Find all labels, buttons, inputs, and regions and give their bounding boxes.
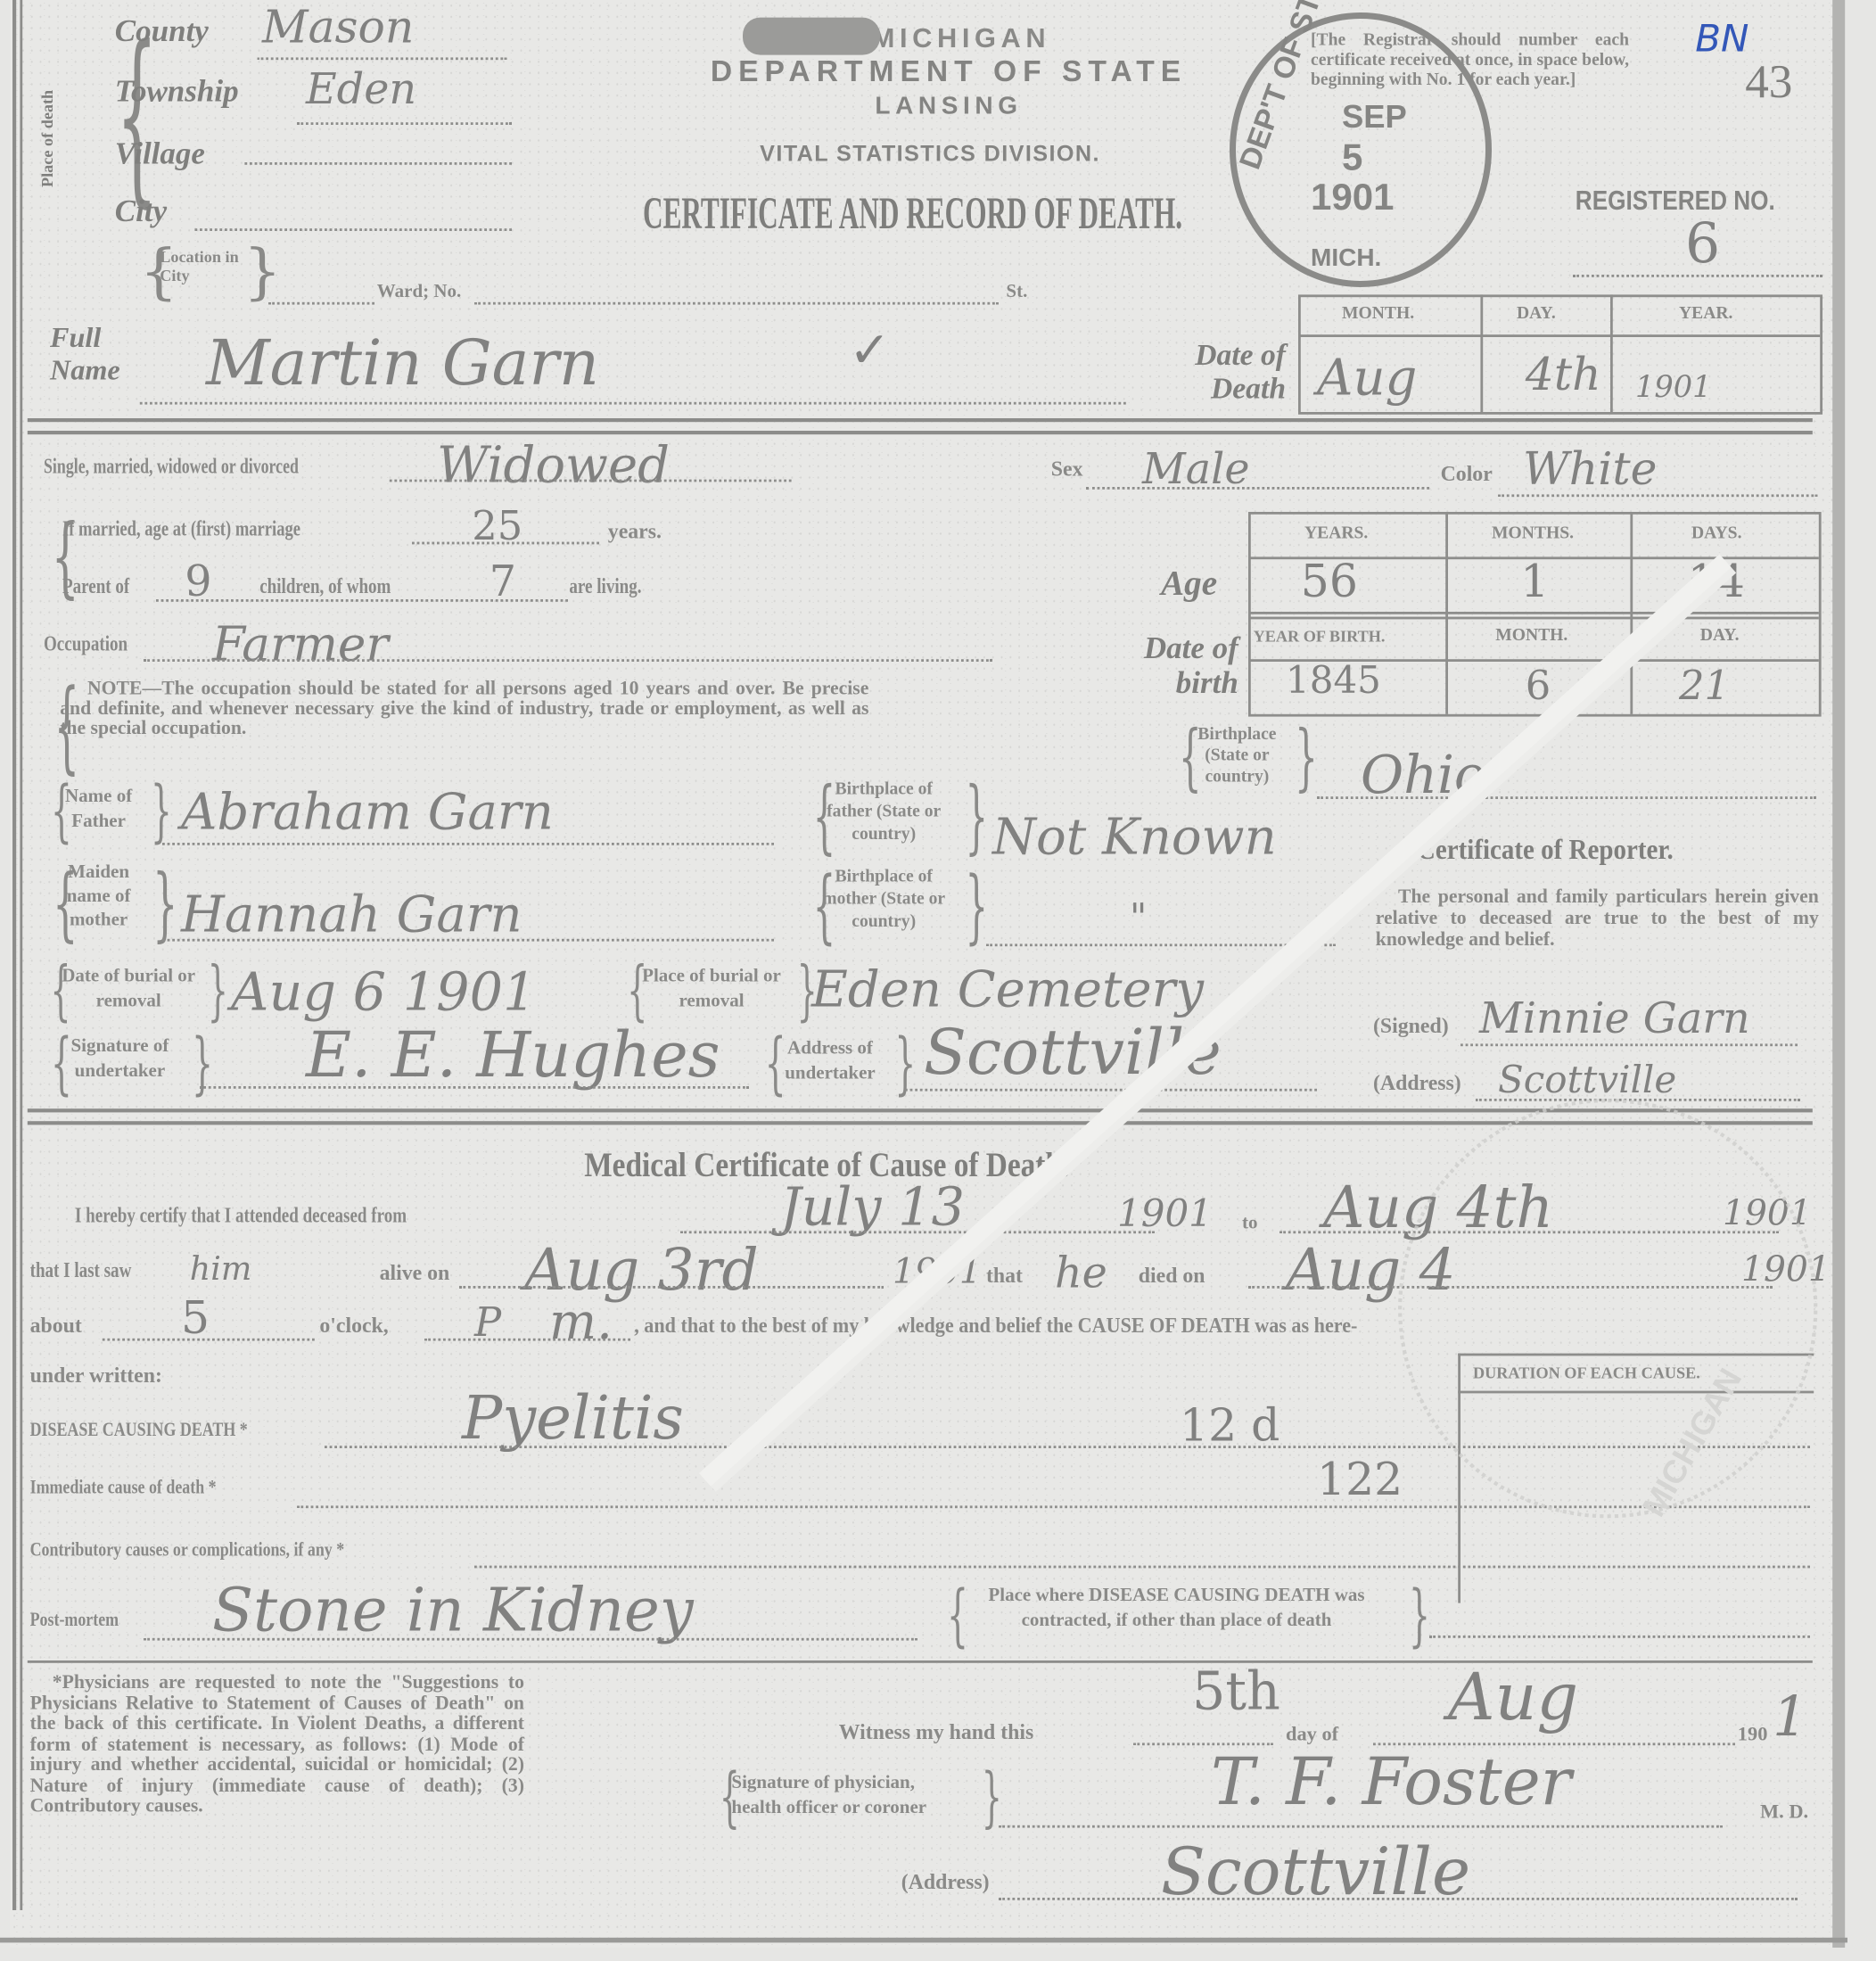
left-border-line-inner xyxy=(20,0,22,1910)
age-years-value: 56 xyxy=(1301,556,1358,607)
place-contracted-line xyxy=(1429,1636,1810,1638)
disease-duration: 12 d xyxy=(1180,1401,1279,1452)
age-at-marriage-line xyxy=(412,542,599,545)
place-of-death-side-label: Place of death xyxy=(37,90,57,187)
undertaker-brace-right: } xyxy=(192,1024,213,1102)
village-label: Village xyxy=(115,137,205,172)
mother-birthplace-value: " xyxy=(1130,896,1147,940)
bn-annotation: BN xyxy=(1695,18,1748,62)
section-double-rule-a xyxy=(28,418,1813,422)
birthplace-label: Birthplace (State or country) xyxy=(1189,724,1286,787)
physician-footnote: *Physicians are requested to note the "S… xyxy=(30,1673,524,1817)
dod-year-value: 1901 xyxy=(1635,369,1712,404)
immediate-duration: 122 xyxy=(1317,1454,1403,1505)
occupation-value: Farmer xyxy=(212,617,389,672)
reporter-signature: Minnie Garn xyxy=(1479,993,1750,1043)
physician-line xyxy=(999,1825,1723,1828)
redaction-smudge xyxy=(743,18,880,55)
date-of-death-label: Date of Death xyxy=(1161,340,1286,408)
contributory-line xyxy=(474,1566,1810,1569)
children-of-whom-label: children, of whom xyxy=(259,580,391,595)
about-label: about xyxy=(30,1318,82,1333)
that-label: that xyxy=(986,1268,1023,1283)
post-mortem-label: Post-mortem xyxy=(30,1613,119,1628)
to-label: to xyxy=(1242,1216,1258,1232)
city-label: City xyxy=(115,194,167,229)
undertaker-address-line xyxy=(905,1089,1317,1092)
father-brace-right: } xyxy=(151,771,172,850)
disease-value: Pyelitis xyxy=(462,1383,684,1453)
marital-line xyxy=(390,480,792,482)
dod-month-value: Aug xyxy=(1317,350,1417,407)
witness-year-suffix: 1 xyxy=(1773,1685,1807,1749)
dod-header-month: MONTH. xyxy=(1342,307,1414,322)
death-certificate-page: Place of death { County Mason Township E… xyxy=(0,0,1876,1961)
occupation-line xyxy=(144,659,992,662)
day-of-label: day of xyxy=(1286,1728,1338,1743)
dob-month-value: 6 xyxy=(1526,662,1551,709)
age-row-rule xyxy=(1248,612,1819,614)
post-mortem-line xyxy=(144,1638,917,1641)
immediate-cause-label: Immediate cause of death * xyxy=(30,1480,217,1495)
reporter-title: Certificate of Reporter. xyxy=(1417,834,1674,866)
full-name-line xyxy=(140,402,1126,405)
dob-year-value: 1845 xyxy=(1286,659,1381,703)
contributory-label: Contributory causes or complications, if… xyxy=(30,1543,345,1558)
birthplace-line xyxy=(1317,796,1816,799)
mother-brace-right: } xyxy=(152,859,178,952)
occupation-note: NOTE—The occupation should be stated for… xyxy=(60,680,868,739)
died-pronoun: he xyxy=(1055,1248,1107,1298)
full-name-label: Full Name xyxy=(50,322,137,387)
alive-on-label: alive on xyxy=(380,1266,450,1281)
under-written-label: under written: xyxy=(30,1368,162,1383)
father-name-value: Abraham Garn xyxy=(181,784,554,841)
dob-day-value: 21 xyxy=(1679,662,1730,709)
hour-value: 5 xyxy=(181,1293,210,1344)
last-saw-label: that I last saw xyxy=(30,1264,132,1279)
undertaker-signature: E. E. Hughes xyxy=(306,1018,720,1091)
stamp-bottom-text: MICH. xyxy=(1311,244,1381,273)
dod-header-year: YEAR. xyxy=(1679,307,1732,322)
mother-birthplace-brace-right: } xyxy=(965,861,988,954)
color-label: Color xyxy=(1441,467,1493,482)
father-birthplace-value: Not Known xyxy=(992,809,1277,866)
township-line xyxy=(297,122,512,125)
stamp-month: SEP xyxy=(1342,97,1407,136)
meridiem-line xyxy=(424,1339,630,1341)
are-living-label: are living. xyxy=(569,580,641,595)
physician-label: Signature of physician, health officer o… xyxy=(731,1770,968,1820)
age-months-value: 1 xyxy=(1520,556,1549,607)
belief-text: , and that to the best of my knowledge a… xyxy=(634,1318,1357,1333)
witness-month: Aug xyxy=(1448,1660,1578,1735)
township-label: Township xyxy=(115,75,239,110)
dob-header-month: MONTH. xyxy=(1495,630,1567,645)
reporter-signed-label: (Signed) xyxy=(1373,1018,1449,1034)
dob-header-year: YEAR OF BIRTH. xyxy=(1254,630,1386,645)
age-row-rule-2 xyxy=(1248,617,1819,620)
attended-from-value: July 13 xyxy=(780,1176,965,1238)
parent-of-label: Parent of xyxy=(62,580,129,595)
dod-divider-1 xyxy=(1480,294,1483,412)
sex-line xyxy=(1086,487,1429,490)
city-line xyxy=(194,228,512,231)
physician-address-label: (Address) xyxy=(901,1875,990,1891)
page-number: 43 xyxy=(1745,55,1792,111)
died-on-label: died on xyxy=(1139,1268,1205,1283)
father-birthplace-label: Birthplace of father (State or country) xyxy=(819,779,949,847)
dod-divider-2 xyxy=(1610,294,1613,412)
reporter-address-label: (Address) xyxy=(1373,1076,1461,1092)
location-line xyxy=(268,302,374,305)
ward-label: Ward; No. xyxy=(377,284,462,300)
lansing-heading: LANSING xyxy=(712,93,1186,121)
full-name-value: Martin Garn xyxy=(206,327,599,400)
post-mortem-value: Stone in Kidney xyxy=(212,1576,694,1645)
right-scan-edge xyxy=(1832,0,1845,1948)
mother-name-value: Hannah Garn xyxy=(181,886,522,943)
street-label: St. xyxy=(1006,284,1027,300)
father-line xyxy=(162,843,774,845)
dob-header-day: DAY. xyxy=(1700,630,1740,645)
marital-status-label: Single, married, widowed or divorced xyxy=(44,459,299,474)
left-border-line xyxy=(12,0,16,1910)
birthplace-brace-right: } xyxy=(1295,714,1318,799)
mother-line xyxy=(162,939,774,942)
burial-date-label: Date of burial or removal xyxy=(60,964,197,1014)
meridiem-suffix: m. xyxy=(549,1293,613,1350)
department-heading: DEPARTMENT OF STATE xyxy=(687,55,1211,90)
last-saw-pronoun: him xyxy=(190,1251,252,1289)
color-value: White xyxy=(1523,444,1657,495)
father-birthplace-brace-right: } xyxy=(965,771,988,864)
attended-from-year: 1901 xyxy=(1117,1192,1213,1236)
county-value: Mason xyxy=(262,3,414,54)
location-brace-right: } xyxy=(243,237,282,307)
registered-no-label: REGISTERED NO. xyxy=(1576,185,1775,217)
reporter-signed-line xyxy=(1460,1043,1798,1046)
county-line xyxy=(257,57,506,60)
physician-brace-right: } xyxy=(982,1760,1002,1835)
age-label: Age xyxy=(1161,564,1217,605)
attended-from-line xyxy=(680,1231,1155,1233)
dod-header-rule xyxy=(1298,334,1820,337)
village-line xyxy=(244,162,512,165)
dod-header-day: DAY. xyxy=(1517,307,1556,322)
occupation-label: Occupation xyxy=(44,637,128,652)
color-line xyxy=(1498,494,1817,497)
md-label: M. D. xyxy=(1760,1805,1808,1820)
location-in-city-label: Location in City xyxy=(160,247,247,284)
township-value: Eden xyxy=(306,65,416,115)
father-name-label: Name of Father xyxy=(60,784,137,834)
attended-from-label: I hereby certify that I attended decease… xyxy=(75,1208,407,1224)
undertaker-label: Signature of undertaker xyxy=(60,1034,179,1083)
burial-date-brace-right: } xyxy=(208,954,228,1029)
children-line xyxy=(156,599,568,602)
years-label: years. xyxy=(608,524,662,540)
sex-label: Sex xyxy=(1051,462,1083,477)
burial-place-value: Eden Cemetery xyxy=(811,961,1204,1018)
embossed-state-seal xyxy=(1398,1099,1817,1518)
marital-status-value: Widowed xyxy=(437,437,670,494)
registered-no-value: 6 xyxy=(1685,212,1720,276)
division-heading: VITAL STATISTICS DIVISION. xyxy=(693,141,1167,167)
checkmark-icon: ✓ xyxy=(849,322,891,379)
hour-line xyxy=(103,1339,315,1341)
age-header-days: DAYS. xyxy=(1691,527,1741,542)
mother-name-label: Maiden name of mother xyxy=(60,861,137,933)
mother-birthplace-label: Birthplace of mother (State or country) xyxy=(819,867,949,935)
witness-label: Witness my hand this xyxy=(839,1726,1033,1741)
county-label: County xyxy=(115,15,209,50)
stamp-year: 1901 xyxy=(1311,177,1394,220)
undertaker-address-label: Address of undertaker xyxy=(774,1036,886,1086)
reporter-statement: The personal and family particulars here… xyxy=(1376,886,1819,950)
ward-line xyxy=(474,302,999,305)
section-double-rule-b xyxy=(28,431,1813,434)
burial-date-value: Aug 6 1901 xyxy=(231,961,536,1023)
place-contracted-label: Place where DISEASE CAUSING DEATH was co… xyxy=(955,1583,1398,1633)
registered-no-line xyxy=(1573,275,1823,277)
witness-year-prefix: 190 xyxy=(1738,1728,1768,1743)
certificate-title: CERTIFICATE AND RECORD OF DEATH. xyxy=(643,187,1182,240)
date-of-birth-label: Date of birth xyxy=(1108,631,1238,701)
burial-place-label: Place of burial or removal xyxy=(637,964,786,1014)
registrar-instructions: [The Registrar should number each certif… xyxy=(1311,31,1629,91)
undertaker-line xyxy=(200,1086,749,1089)
oclock-label: o'clock, xyxy=(319,1318,388,1333)
bottom-border-line xyxy=(0,1938,1847,1943)
reporter-address-value: Scottville xyxy=(1498,1059,1676,1102)
age-at-marriage-label: If married, age at (first) marriage xyxy=(62,522,300,537)
physician-address-line xyxy=(999,1898,1798,1900)
disease-label: DISEASE CAUSING DEATH * xyxy=(30,1423,248,1438)
witness-day: 5th xyxy=(1192,1660,1280,1722)
stamp-day: 5 xyxy=(1342,137,1362,180)
age-header-years: YEARS. xyxy=(1304,527,1368,542)
physician-signature: T. F. Foster xyxy=(1211,1745,1571,1820)
dod-day-value: 4th xyxy=(1526,350,1601,400)
age-header-months: MONTHS. xyxy=(1492,527,1574,542)
place-contracted-brace-right: } xyxy=(1409,1576,1430,1654)
last-seen-line xyxy=(459,1286,884,1289)
